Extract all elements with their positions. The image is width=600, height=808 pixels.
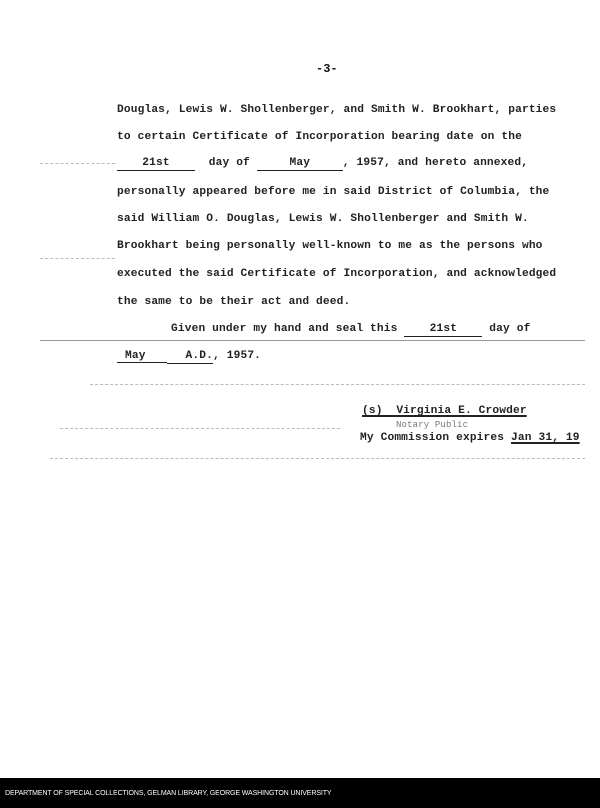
signature-name: (s) Virginia E. Crowder [362,405,580,417]
closing-year: , 1957. [213,350,261,362]
body-line-2: to certain Certificate of Incorporation … [117,131,522,143]
page-number: -3- [316,62,338,76]
body-line-6: executed the said Certificate of Incorpo… [117,268,556,280]
body-line-3: personally appeared before me in said Di… [117,186,549,198]
scan-artifact-line [40,163,115,164]
commission-prefix: My Commission expires [360,432,504,444]
body-line-1: Douglas, Lewis W. Shollenberger, and Smi… [117,104,556,116]
given-suffix: day of [489,323,530,335]
body-line-7: the same to be their act and deed. [117,296,350,308]
scan-artifact-line [40,258,115,259]
date-day-field: 21st [117,157,195,171]
closing-era: A.D. [167,350,213,364]
signature-line: (s) Virginia E. Crowder [362,405,580,417]
date-month-field: May [257,157,343,171]
body-line-5: Brookhart being personally well-known to… [117,240,543,252]
scan-artifact-line [90,384,585,385]
closing-line: MayA.D., 1957. [117,350,261,364]
given-day-field: 21st [404,323,482,337]
scan-artifact-line [40,340,585,341]
commission-line: My Commission expires Jan 31, 19 [360,432,580,444]
document-page: -3- Douglas, Lewis W. Shollenberger, and… [0,0,600,778]
closing-month-field: May [117,350,167,363]
date-line: 21st day of May, 1957, and hereto annexe… [117,157,528,171]
date-day-of-label: day of [209,157,250,169]
body-line-4: said William O. Douglas, Lewis W. Sholle… [117,213,529,225]
given-line: Given under my hand and seal this 21st d… [171,323,530,337]
archive-credit-bar: DEPARTMENT OF SPECIAL COLLECTIONS, GELMA… [0,778,600,808]
scan-artifact-line [50,458,585,459]
archive-credit-text: DEPARTMENT OF SPECIAL COLLECTIONS, GELMA… [5,790,332,797]
scan-artifact-line [60,428,340,429]
date-rest: , 1957, and hereto annexed, [343,157,528,169]
given-prefix: Given under my hand and seal this [171,323,398,335]
signature-title: Notary Public [396,420,468,430]
commission-date: Jan 31, 19 [511,432,580,444]
